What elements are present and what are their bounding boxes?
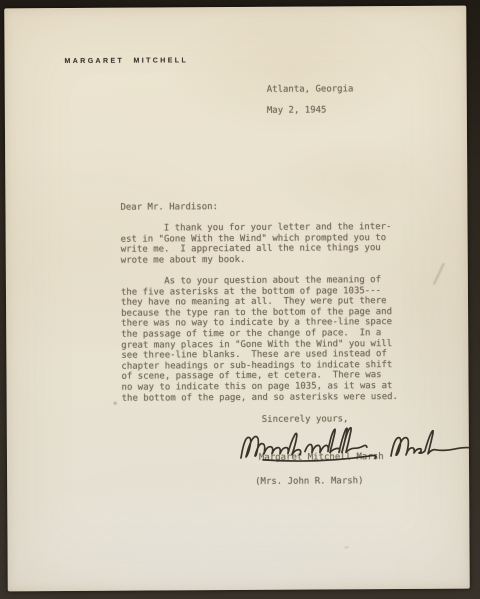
letter-paper: MARGARET MITCHELL Atlanta, Georgia May 2… xyxy=(4,6,470,592)
date-line: May 2, 1945 xyxy=(267,105,327,116)
signature-stroke-marsh xyxy=(391,430,472,456)
paragraph-2: As to your question about the meaning of… xyxy=(121,275,398,404)
signature-stroke-mitchell xyxy=(305,428,367,453)
letterhead-name: MARGARET MITCHELL xyxy=(65,57,189,65)
salutation: Dear Mr. Hardison: xyxy=(120,202,218,213)
paper-speck xyxy=(345,546,349,548)
handwritten-signature xyxy=(233,423,477,468)
signature-underline-flourish xyxy=(263,455,376,461)
signature-stroke-margaret xyxy=(241,433,301,458)
paper-speck xyxy=(114,402,117,405)
mrs-line: (Mrs. John R. Marsh) xyxy=(255,476,363,487)
place-line: Atlanta, Georgia xyxy=(267,84,354,95)
paragraph-1: I thank you for your letter and the inte… xyxy=(121,222,392,266)
paper-scratch-mark xyxy=(433,263,445,286)
